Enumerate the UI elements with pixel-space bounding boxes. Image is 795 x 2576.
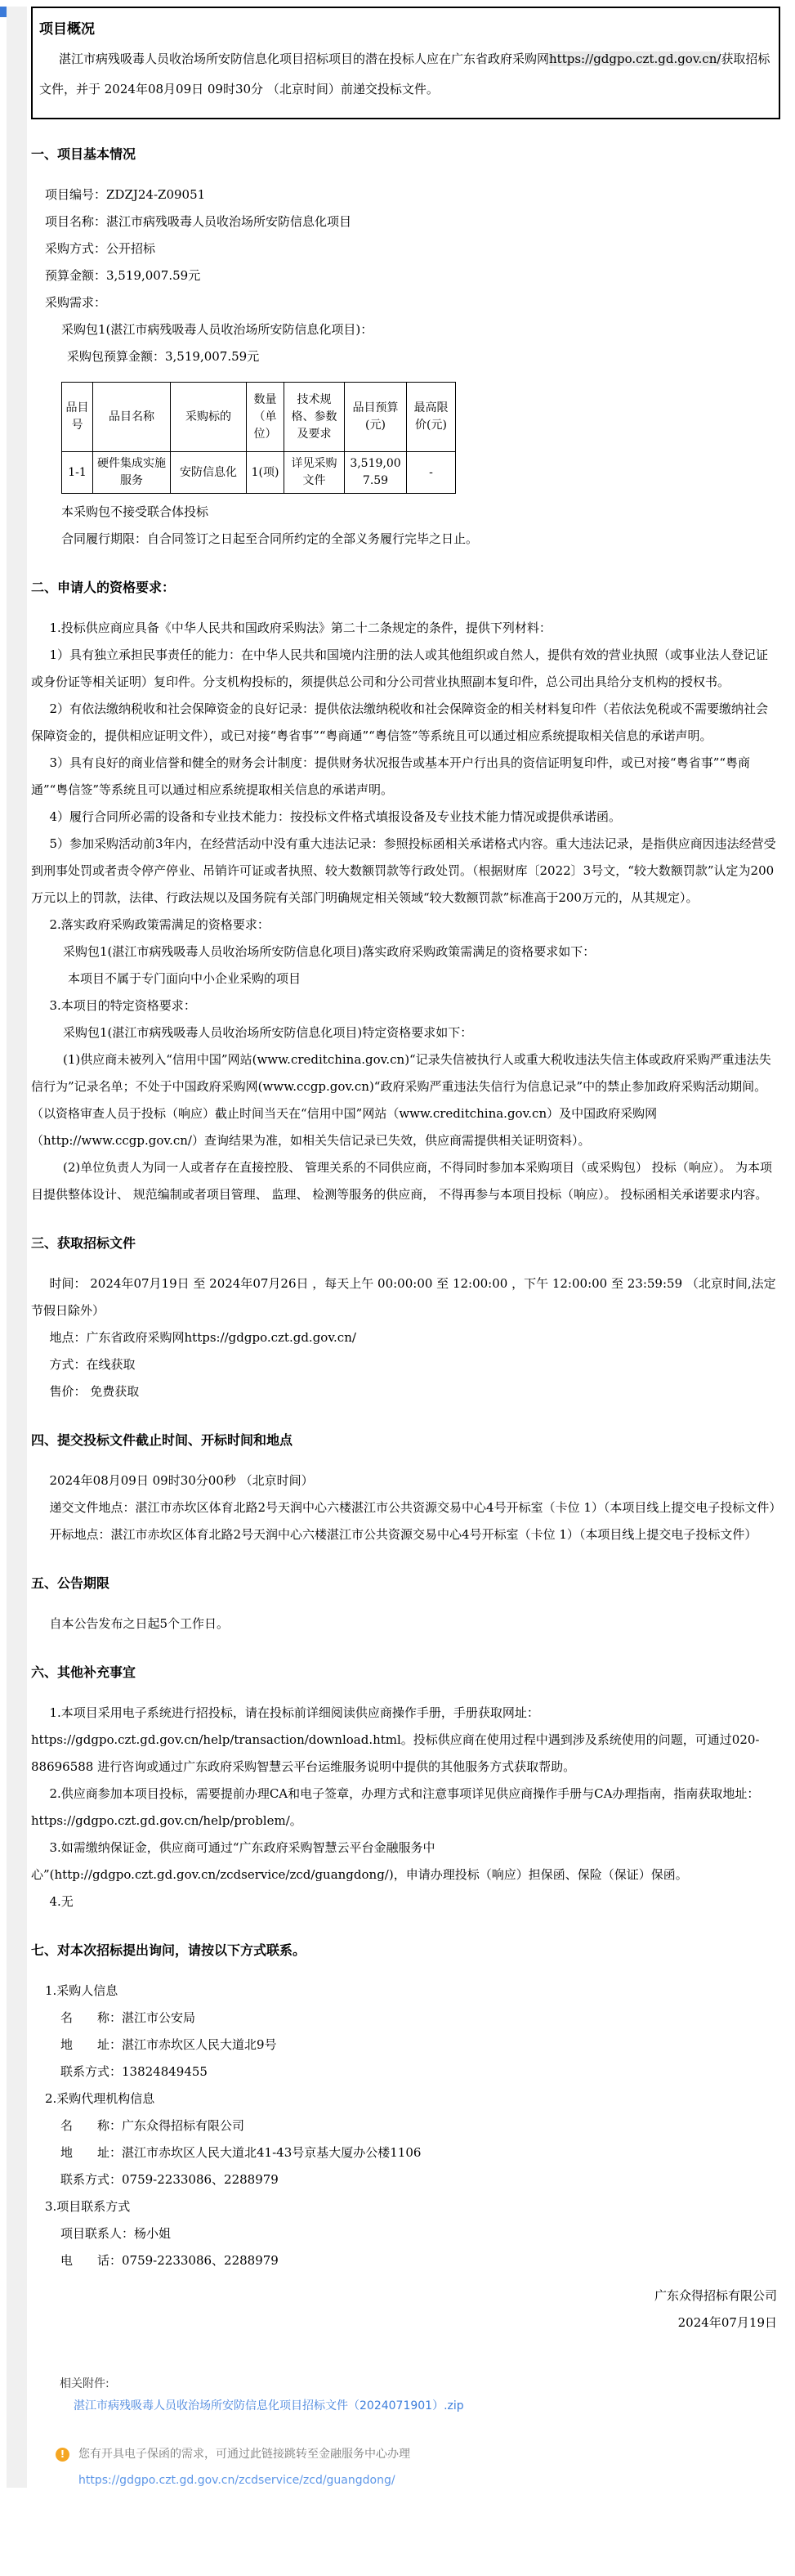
qualification-item: 4）履行合同所必需的设备和专业技术能力：按投标文件格式填报设备及专业技术能力情况… [31, 804, 780, 831]
cell-item-budget: 3,519,007.59 [345, 452, 407, 494]
portal-url-highlight: https://gdgpo.czt.gd.gov.cn/ [549, 52, 721, 66]
project-name: 项目名称：湛江市病残吸毒人员收治场所安防信息化项目 [31, 208, 780, 235]
specific-requirement-item: (2)单位负责人为同一人或者存在直接控股、 管理关系的不同供应商，不得同时参加本… [31, 1154, 780, 1208]
qualification-item: 2）有依法缴纳税收和社会保障资金的良好记录：提供依法缴纳税收和社会保障资金的相关… [31, 696, 780, 750]
package-1-label: 采购包1(湛江市病残吸毒人员收治场所安防信息化项目)： [31, 316, 780, 343]
procurement-items-table: 品目号 品目名称 采购标的 数量（单位） 技术规格、参数及要求 品目预算(元) … [61, 382, 456, 494]
section-6-heading: 六、其他补充事宜 [31, 1664, 780, 1682]
policy-requirement-title: 2.落实政府采购政策需满足的资格要求： [31, 912, 780, 939]
col-item-budget: 品目预算(元) [345, 383, 407, 452]
section-4-heading: 四、提交投标文件截止时间、开标时间和地点 [31, 1431, 780, 1449]
corner-blue-marker [0, 7, 7, 17]
qualification-item: 1）具有独立承担民事责任的能力：在中华人民共和国境内注册的法人或其他组织或自然人… [31, 642, 780, 696]
cell-procurement-target: 安防信息化 [171, 452, 247, 494]
col-max-price: 最高限价(元) [407, 383, 456, 452]
col-quantity: 数量（单位） [247, 383, 284, 452]
purchaser-name: 名 称：湛江市公安局 [31, 2005, 780, 2032]
e-guarantee-notice: ! 您有开具电子保函的需求，可通过此链接跳转至金融服务中心办理 https://… [56, 2446, 780, 2488]
cell-item-name: 硬件集成实施服务 [93, 452, 171, 494]
policy-requirement-note: 本项目不属于专门面向中小企业采购的项目 [31, 965, 780, 992]
qualification-item: 1.投标供应商应具备《中华人民共和国政府采购法》第二十二条规定的条件，提供下列材… [31, 615, 780, 642]
overview-title: 项目概况 [39, 15, 770, 44]
package-budget: 采购包预算金额：3,519,007.59元 [31, 343, 780, 370]
announcement-period: 自本公告发布之日起5个工作日。 [31, 1611, 780, 1637]
qualification-item: 5）参加采购活动前3年内，在经营活动中没有重大违法记录：参照投标函相关承诺格式内… [31, 831, 780, 912]
project-contact-person: 项目联系人：杨小姐 [31, 2220, 780, 2247]
table-row: 1-1 硬件集成实施服务 安防信息化 1(项) 详见采购文件 3,519,007… [62, 452, 456, 494]
attachment-file-link[interactable]: 湛江市病残吸毒人员收治场所安防信息化项目招标文件（2024071901）.zip [74, 2397, 464, 2415]
left-margin-strip [7, 7, 27, 2488]
specific-requirement-item: (1)供应商未被列入“信用中国”网站(www.creditchina.gov.c… [31, 1046, 780, 1154]
deadline-datetime: 2024年08月09日 09时30分00秒 （北京时间） [31, 1467, 780, 1494]
project-contact-phone: 电 话：0759-2233086、2288979 [31, 2247, 780, 2274]
project-number: 项目编号：ZDZJ24-Z09051 [31, 181, 780, 208]
overview-paragraph: 湛江市病残吸毒人员收治场所安防信息化项目招标项目的潜在投标人应在广东省政府采购网… [39, 44, 770, 105]
cell-tech-spec: 详见采购文件 [284, 452, 345, 494]
col-procurement-target: 采购标的 [171, 383, 247, 452]
financial-service-link[interactable]: https://gdgpo.czt.gd.gov.cn/zcdservice/z… [78, 2473, 395, 2488]
purchaser-address: 地 址：湛江市赤坎区人民大道北9号 [31, 2032, 780, 2059]
agency-contact: 联系方式：0759-2233086、2288979 [31, 2166, 780, 2193]
attachments-label: 相关附件: [60, 2374, 780, 2394]
signature-block: 广东众得招标有限公司 2024年07月19日 [31, 2283, 780, 2336]
policy-requirement-package: 采购包1(湛江市病残吸毒人员收治场所安防信息化项目)落实政府采购政策需满足的资格… [31, 939, 780, 965]
section-2-heading: 二、申请人的资格要求： [31, 579, 780, 597]
col-item-name: 品目名称 [93, 383, 171, 452]
specific-requirement-title: 3.本项目的特定资格要求： [31, 992, 780, 1019]
no-consortium-note: 本采购包不接受联合体投标 [31, 499, 780, 526]
col-tech-spec: 技术规格、参数及要求 [284, 383, 345, 452]
warning-icon: ! [56, 2448, 69, 2462]
section-5-heading: 五、公告期限 [31, 1575, 780, 1593]
contract-period: 合同履行期限：自合同签订之日起至合同所约定的全部义务履行完毕之日止。 [31, 526, 780, 553]
procurement-method: 采购方式：公开招标 [31, 235, 780, 262]
doc-obtain-price: 售价： 免费获取 [31, 1378, 780, 1405]
project-contact-title: 3.项目联系方式 [31, 2193, 780, 2220]
doc-obtain-place: 地点：广东省政府采购网https://gdgpo.czt.gd.gov.cn/ [31, 1324, 780, 1351]
agency-info-title: 2.采购代理机构信息 [31, 2085, 780, 2112]
supplementary-item: 4.无 [31, 1888, 780, 1915]
purchaser-contact: 联系方式：13824849455 [31, 2059, 780, 2085]
attachments-section: 相关附件: 湛江市病残吸毒人员收治场所安防信息化项目招标文件（202407190… [31, 2374, 780, 2415]
doc-obtain-method: 方式：在线获取 [31, 1351, 780, 1378]
procurement-demand-label: 采购需求： [31, 289, 780, 316]
signature-company: 广东众得招标有限公司 [31, 2283, 777, 2309]
purchaser-info-title: 1.采购人信息 [31, 1978, 780, 2005]
doc-obtain-time: 时间： 2024年07月19日 至 2024年07月26日 ，每天上午 00:0… [31, 1270, 780, 1324]
section-7-heading: 七、对本次招标提出询问，请按以下方式联系。 [31, 1942, 780, 1960]
table-header-row: 品目号 品目名称 采购标的 数量（单位） 技术规格、参数及要求 品目预算(元) … [62, 383, 456, 452]
project-overview-box: 项目概况 湛江市病残吸毒人员收治场所安防信息化项目招标项目的潜在投标人应在广东省… [31, 7, 780, 119]
section-1-heading: 一、项目基本情况 [31, 146, 780, 164]
cell-quantity: 1(项) [247, 452, 284, 494]
qualification-item: 3）具有良好的商业信誉和健全的财务会计制度：提供财务状况报告或基本开户行出具的资… [31, 750, 780, 804]
supplementary-item: 3.如需缴纳保证金，供应商可通过“广东政府采购智慧云平台金融服务中心”(http… [31, 1835, 780, 1888]
budget-amount: 预算金额：3,519,007.59元 [31, 262, 780, 289]
cell-item-no: 1-1 [62, 452, 93, 494]
bid-opening-place: 开标地点：湛江市赤坎区体育北路2号天润中心六楼湛江市公共资源交易中心4号开标室（… [31, 1521, 780, 1548]
signature-date: 2024年07月19日 [31, 2309, 777, 2336]
overview-text-before: 湛江市病残吸毒人员收治场所安防信息化项目招标项目的潜在投标人应在广东省政府采购网 [59, 52, 549, 66]
supplementary-item: 2.供应商参加本项目投标，需要提前办理CA和电子签章，办理方式和注意事项详见供应… [31, 1781, 780, 1835]
agency-address: 地 址：湛江市赤坎区人民大道北41-43号京基大厦办公楼1106 [31, 2139, 780, 2166]
submission-place: 递交文件地点：湛江市赤坎区体育北路2号天润中心六楼湛江市公共资源交易中心4号开标… [31, 1494, 780, 1521]
supplementary-item: 1.本项目采用电子系统进行招投标，请在投标前详细阅读供应商操作手册，手册获取网址… [31, 1700, 780, 1781]
cell-max-price: - [407, 452, 456, 494]
notice-body: 您有开具电子保函的需求，可通过此链接跳转至金融服务中心办理 https://gd… [78, 2446, 410, 2488]
agency-name: 名 称：广东众得招标有限公司 [31, 2112, 780, 2139]
announcement-document: 项目概况 湛江市病残吸毒人员收治场所安防信息化项目招标项目的潜在投标人应在广东省… [31, 7, 780, 2488]
col-item-no: 品目号 [62, 383, 93, 452]
notice-text: 您有开具电子保函的需求，可通过此链接跳转至金融服务中心办理 [78, 2446, 410, 2463]
section-3-heading: 三、获取招标文件 [31, 1234, 780, 1252]
specific-requirement-package: 采购包1(湛江市病残吸毒人员收治场所安防信息化项目)特定资格要求如下： [31, 1019, 780, 1046]
